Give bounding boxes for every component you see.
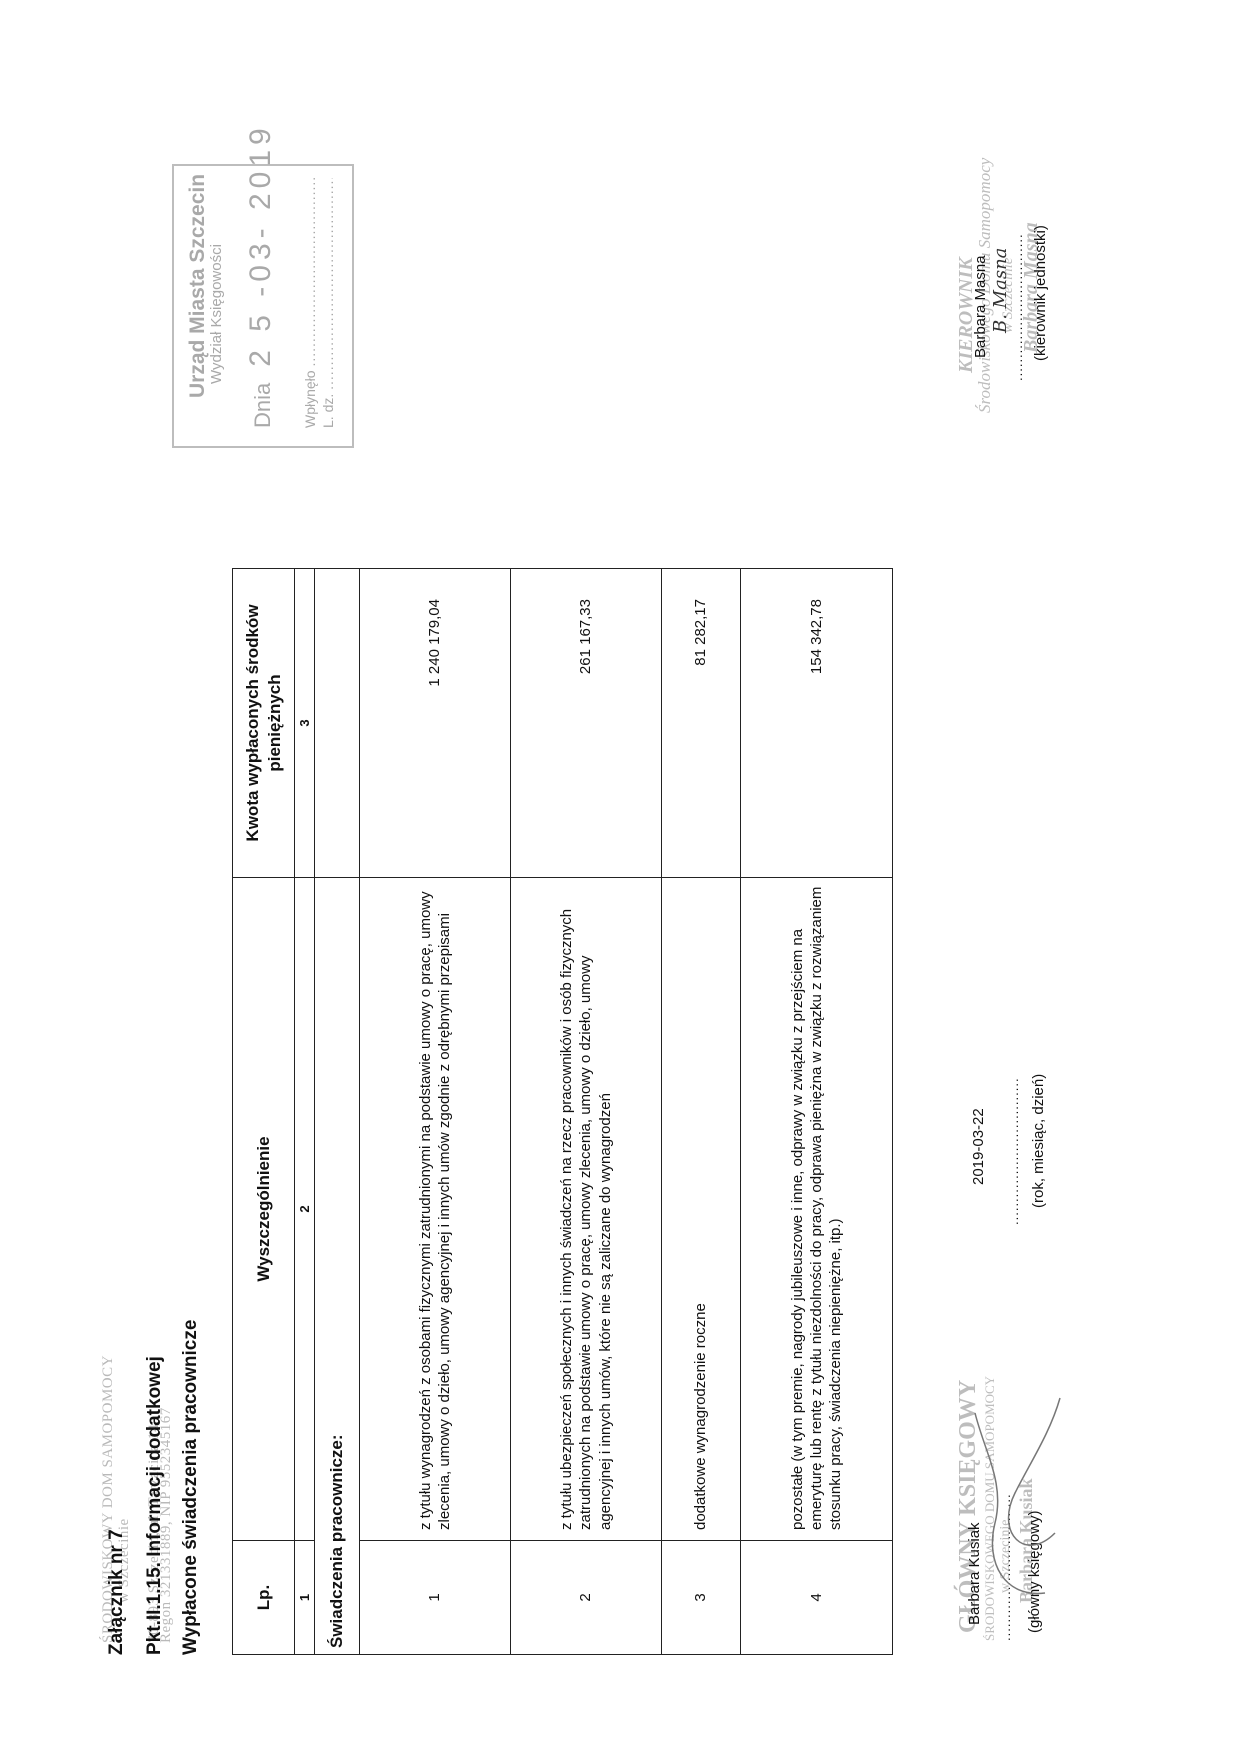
row-description: pozostałe (w tym premie, nagrody jubileu… — [741, 878, 893, 1541]
head-handwritten-signature: B. Masna — [990, 248, 1011, 333]
row-amount: 81 282,17 — [662, 569, 741, 878]
row-amount: 261 167,33 — [511, 569, 662, 878]
stamp-date: Dnia2 5 -03- 2019 — [244, 123, 278, 428]
row-lp: 1 — [360, 1541, 511, 1655]
stamp-received: Wpłynęło ...............................… — [302, 178, 318, 428]
row-description: dodatkowe wynagrodzenie roczne — [662, 878, 741, 1541]
head-dots: ................................ — [1010, 233, 1025, 381]
header-amount: Kwota wypłaconych środków pieniężnych — [233, 569, 295, 878]
row-lp: 3 — [662, 1541, 741, 1655]
row-description: z tytułu wynagrodzeń z osobami fizycznym… — [360, 878, 511, 1541]
section-title: Świadczenia pracownicze: — [315, 878, 360, 1655]
row-description: z tytułu ubezpieczeń społecznych i innyc… — [511, 878, 662, 1541]
section-amount-empty — [315, 569, 360, 878]
row-lp: 4 — [741, 1541, 893, 1655]
table-row: 1 z tytułu wynagrodzeń z osobami fizyczn… — [360, 569, 511, 1655]
row-amount: 1 240 179,04 — [360, 569, 511, 878]
stamp-date-label: Dnia — [250, 383, 275, 428]
section-label: Pkt.II.1.15. Informacji dodatkowej — [144, 1356, 166, 1655]
accountant-signature-scribble — [955, 1383, 1065, 1603]
row-lp: 2 — [511, 1541, 662, 1655]
column-number-row: 1 2 3 — [295, 569, 315, 1655]
date-caption: (rok, miesiąc, dzień) — [1030, 1074, 1047, 1208]
page-subtitle: Wypłacone świadczenia pracownicze — [180, 1320, 202, 1655]
document-page: ŚRODOWISKOWY DOM SAMOPOMOCY w Szczecinie… — [0, 0, 1240, 1753]
column-number-3: 3 — [295, 569, 315, 878]
column-number-2: 2 — [295, 878, 315, 1541]
stamp-date-value: 2 5 -03- 2019 — [244, 123, 277, 366]
head-name: Barbara Masna — [972, 255, 989, 358]
stamp-department: Wydział Księgowości — [208, 244, 225, 384]
table-row: 2 z tytułu ubezpieczeń społecznych i inn… — [511, 569, 662, 1655]
header-description: Wyszczególnienie — [233, 878, 295, 1541]
benefits-table: Lp. Wyszczególnienie Kwota wypłaconych ś… — [232, 568, 893, 1655]
header-lp: Lp. — [233, 1541, 295, 1655]
stamp-office: Urząd Miasta Szczecin — [186, 174, 210, 398]
date-dots: ................................ — [1006, 1077, 1021, 1225]
received-stamp: Urząd Miasta Szczecin Wydział Księgowośc… — [172, 164, 354, 448]
row-amount: 154 342,78 — [741, 569, 893, 878]
table-row: 4 pozostałe (w tym premie, nagrody jubil… — [741, 569, 893, 1655]
section-row: Świadczenia pracownicze: — [315, 569, 360, 1655]
table-header-row: Lp. Wyszczególnienie Kwota wypłaconych ś… — [233, 569, 295, 1655]
attachment-label: Załącznik nr 7 — [106, 1529, 128, 1655]
date-value: 2019-03-22 — [970, 1108, 987, 1185]
table-row: 3 dodatkowe wynagrodzenie roczne 81 282,… — [662, 569, 741, 1655]
column-number-1: 1 — [295, 1541, 315, 1655]
stamp-ref: L. dz. .................................… — [320, 178, 336, 428]
head-role-caption: (kierownik jednostki) — [1032, 225, 1049, 361]
